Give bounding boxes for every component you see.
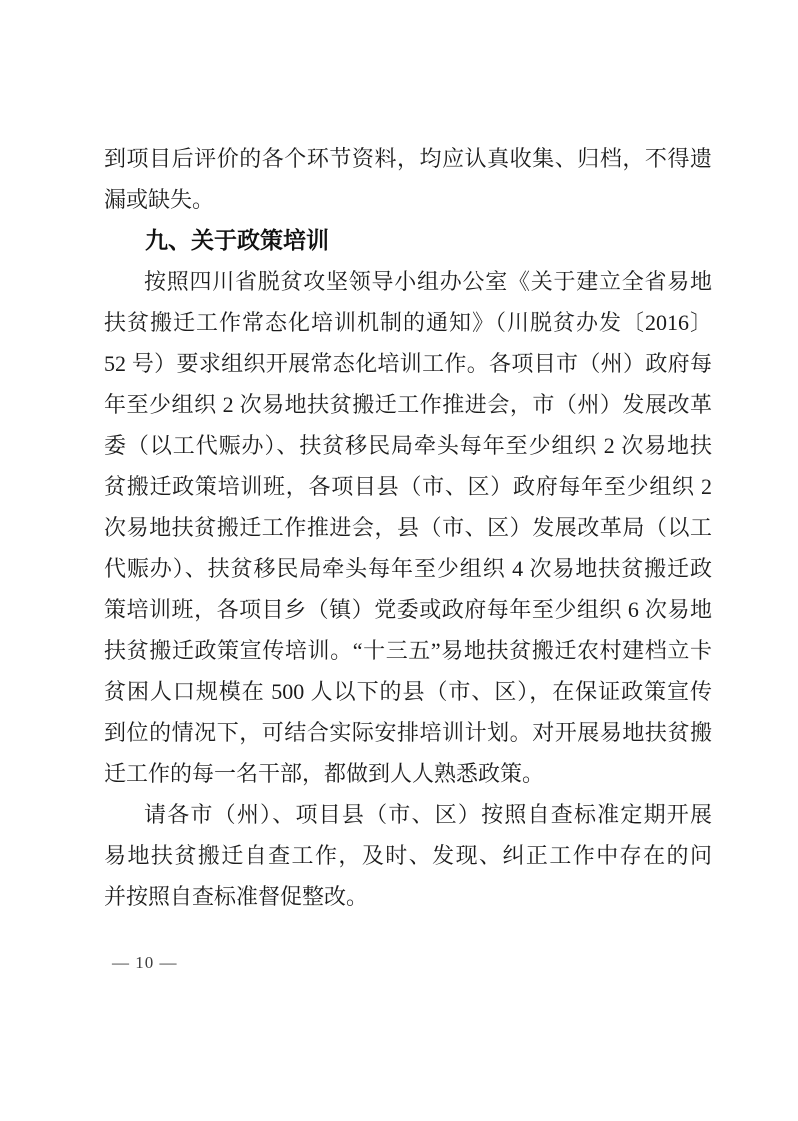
body-text-line: 年至少组织 2 次易地扶贫搬迁工作推进会，市（州）发展改革 <box>104 384 712 425</box>
document-body: 到项目后评价的各个环节资料，均应认真收集、归档，不得遗 漏或缺失。 九、关于政策… <box>104 138 712 917</box>
body-text-line: 扶贫搬迁工作常态化培训机制的通知》（川脱贫办发〔2016〕 <box>104 302 712 343</box>
body-text-line: 贫搬迁政策培训班，各项目县（市、区）政府每年至少组织 2 <box>104 466 712 507</box>
body-text-line: 代赈办）、扶贫移民局牵头每年至少组织 4 次易地扶贫搬迁政 <box>104 548 712 589</box>
section-heading-line: 九、关于政策培训 <box>104 220 712 261</box>
body-text-line: 并按照自查标准督促整改。 <box>104 876 712 917</box>
body-text-line: 次易地扶贫搬迁工作推进会，县（市、区）发展改革局（以工 <box>104 507 712 548</box>
body-text-line: 扶贫搬迁政策宣传培训。“十三五”易地扶贫搬迁农村建档立卡 <box>104 630 712 671</box>
body-text-line: 委（以工代赈办）、扶贫移民局牵头每年至少组织 2 次易地扶 <box>104 425 712 466</box>
body-text-line: 到项目后评价的各个环节资料，均应认真收集、归档，不得遗 <box>104 138 712 179</box>
body-text-line: 漏或缺失。 <box>104 179 712 220</box>
body-text-line: 易地扶贫搬迁自查工作，及时、发现、纠正工作中存在的问题， <box>104 835 712 876</box>
body-text-line: 贫困人口规模在 500 人以下的县（市、区），在保证政策宣传 <box>104 671 712 712</box>
body-text-line: 策培训班，各项目乡（镇）党委或政府每年至少组织 6 次易地 <box>104 589 712 630</box>
body-text-line: 52 号）要求组织开展常态化培训工作。各项目市（州）政府每 <box>104 343 712 384</box>
body-text-line: 迁工作的每一名干部，都做到人人熟悉政策。 <box>104 753 712 794</box>
document-page: 到项目后评价的各个环节资料，均应认真收集、归档，不得遗 漏或缺失。 九、关于政策… <box>0 0 798 1121</box>
body-text-line: 按照四川省脱贫攻坚领导小组办公室《关于建立全省易地 <box>104 261 712 302</box>
body-text-line: 请各市（州）、项目县（市、区）按照自查标准定期开展 <box>104 794 712 835</box>
body-text-line: 到位的情况下，可结合实际安排培训计划。对开展易地扶贫搬 <box>104 712 712 753</box>
page-number: — 10 — <box>112 952 178 974</box>
